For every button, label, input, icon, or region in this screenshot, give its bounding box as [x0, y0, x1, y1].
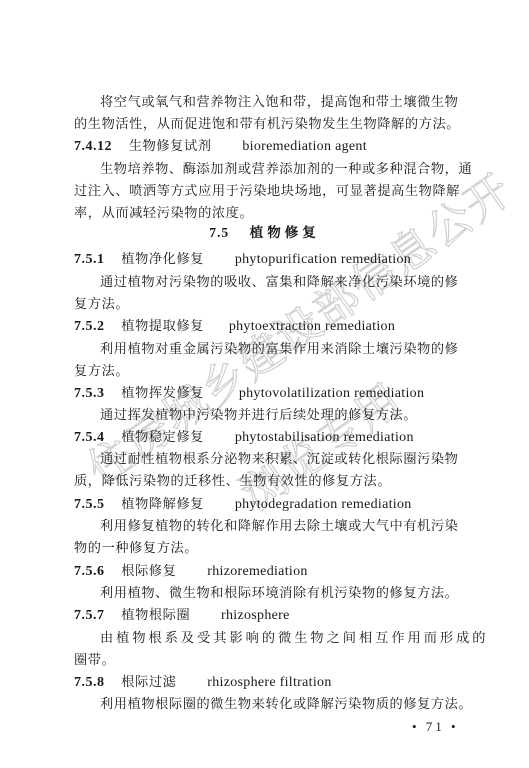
term-number: 7.5.7 [74, 608, 105, 623]
section-name: 植物修复 [250, 225, 320, 241]
document-page: 住房城乡建设部信息公开 浏览专用 将空气或氧气和营养物注入饱和带，提高饱和带土壤… [0, 0, 529, 768]
term-chinese: 植物净化修复 [121, 252, 204, 267]
term-number: 7.5.4 [74, 430, 105, 445]
definition-line: 生物培养物、酶添加剂或营养添加剂的一种或多种混合物，通 [100, 162, 472, 178]
term-chinese: 植物稳定修复 [121, 430, 204, 445]
section-title: 7.5 植物修复 [0, 221, 529, 241]
term-number: 7.5.8 [74, 675, 105, 690]
term-english: phytostabilisation remediation [235, 430, 414, 445]
term-heading-7-5-7: 7.5.7 植物根际圈 rhizosphere [74, 608, 290, 624]
definition-line: 利用植物对重金属污染物的富集作用来消除土壤污染物的修 [100, 342, 458, 358]
term-heading-7-5-6: 7.5.6 根际修复 rhizoremediation [74, 564, 308, 580]
term-english: phytodegradation remediation [235, 497, 412, 512]
intro-line-1: 将空气或氧气和营养物注入饱和带，提高饱和带土壤微生物 [100, 95, 458, 111]
section-number: 7.5 [209, 225, 229, 240]
definition-line: 率，从而减轻污染物的浓度。 [74, 206, 253, 222]
term-number: 7.5.3 [74, 386, 105, 401]
term-english: rhizoremediation [207, 564, 307, 579]
definition-line: 质，降低污染物的迁移性、生物有效性的修复方法。 [74, 474, 391, 490]
term-heading-7-5-1: 7.5.1 植物净化修复 phytopurification remediati… [74, 252, 411, 268]
term-english: phytopurification remediation [235, 252, 411, 267]
term-heading-7-5-8: 7.5.8 根际过滤 rhizosphere filtration [74, 675, 332, 691]
term-heading-7-5-3: 7.5.3 植物挥发修复 phytovolatilization remedia… [74, 386, 424, 402]
term-english: rhizosphere filtration [207, 675, 331, 690]
page-number: • 71 • [412, 719, 459, 735]
term-chinese: 植物根际圈 [121, 608, 190, 623]
term-english: bioremediation agent [242, 139, 367, 154]
definition-line: 由植物根系及受其影响的微生物之间相互作用而形成的 [100, 631, 489, 647]
definition-line: 复方法。 [74, 297, 129, 313]
definition-line: 通过耐性植物根系分泌物来积累、沉淀或转化根际圈污染物 [100, 452, 458, 468]
definition-line: 复方法。 [74, 364, 129, 380]
term-heading-7-5-2: 7.5.2 植物提取修复 phytoextraction remediation [74, 319, 395, 335]
term-number: 7.4.12 [74, 139, 112, 154]
term-number: 7.5.5 [74, 497, 105, 512]
term-english: rhizosphere [221, 608, 290, 623]
term-chinese: 植物降解修复 [121, 497, 204, 512]
term-heading-7-5-5: 7.5.5 植物降解修复 phytodegradation remediatio… [74, 497, 412, 513]
definition-line: 过注入、喷洒等方式应用于污染地块场地，可显著提高生物降解 [74, 184, 460, 200]
term-heading-7-4-12: 7.4.12 生物修复试剂 bioremediation agent [74, 139, 367, 155]
definition-line: 物的一种修复方法。 [74, 541, 198, 557]
term-chinese: 植物挥发修复 [121, 386, 204, 401]
term-chinese: 生物修复试剂 [129, 139, 212, 154]
term-english: phytovolatilization remediation [239, 386, 424, 401]
term-english: phytoextraction remediation [229, 319, 395, 334]
definition-line: 利用植物根际圈的微生物来转化或降解污染物质的修复方法。 [100, 697, 472, 713]
term-chinese: 植物提取修复 [121, 319, 204, 334]
term-number: 7.5.1 [74, 252, 105, 267]
term-number: 7.5.2 [74, 319, 105, 334]
intro-line-2: 的生物活性，从而促进饱和带有机污染物发生生物降解的方法。 [74, 117, 460, 133]
definition-line: 通过植物对污染物的吸收、富集和降解来净化污染环境的修 [100, 275, 458, 291]
definition-line: 圈带。 [74, 653, 115, 669]
term-chinese: 根际过滤 [121, 675, 176, 690]
definition-line: 利用修复植物的转化和降解作用去除土壤或大气中有机污染 [100, 519, 458, 535]
term-chinese: 根际修复 [121, 564, 176, 579]
definition-line: 利用植物、微生物和根际环境消除有机污染物的修复方法。 [100, 586, 458, 602]
definition-line: 通过挥发植物中污染物并进行后续处理的修复方法。 [100, 408, 417, 424]
term-heading-7-5-4: 7.5.4 植物稳定修复 phytostabilisation remediat… [74, 430, 414, 446]
term-number: 7.5.6 [74, 564, 105, 579]
